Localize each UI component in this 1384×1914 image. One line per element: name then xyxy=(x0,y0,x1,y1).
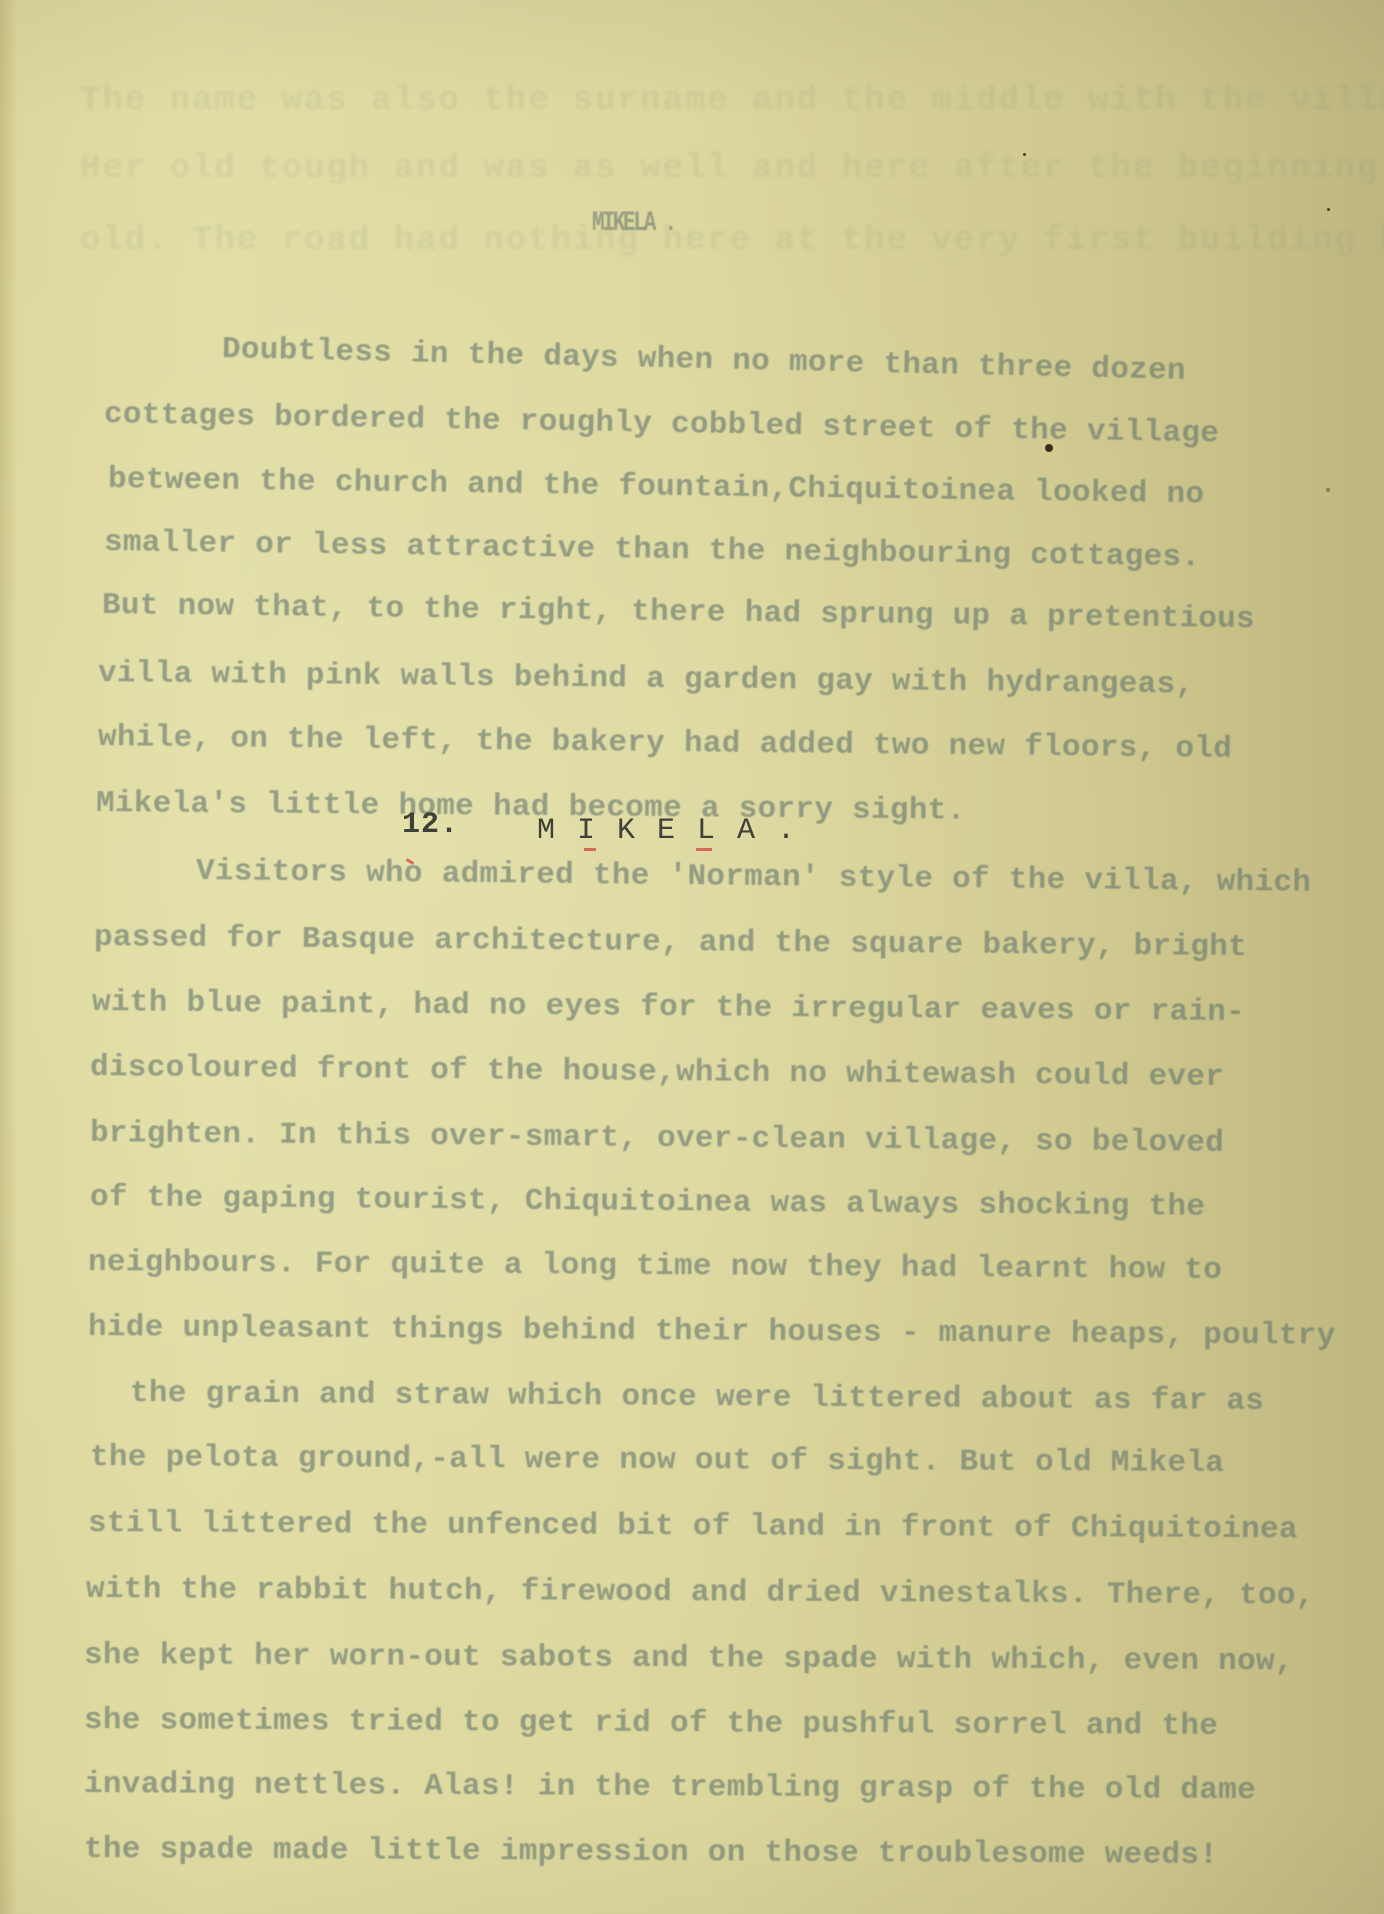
text-line: the spade made little impression on thos… xyxy=(84,1832,1218,1873)
text-line: hide unpleasant things behind their hous… xyxy=(88,1310,1336,1354)
chapter-title: MIKELA. xyxy=(537,814,817,848)
text-line: with the rabbit hutch, firewood and drie… xyxy=(86,1572,1315,1613)
text-line: she kept her worn-out sabots and the spa… xyxy=(84,1638,1294,1679)
red-ink-mark xyxy=(584,848,596,851)
text-line: invading nettles. Alas! in the trembling… xyxy=(84,1767,1256,1808)
text-line: of the gaping tourist, Chiquitoinea was … xyxy=(90,1180,1206,1225)
text-line: But now that, to the right, there had sp… xyxy=(102,588,1255,637)
text-line: brighten. In this over-smart, over-clean… xyxy=(90,1116,1224,1161)
text-line: cottages bordered the roughly cobbled st… xyxy=(104,397,1220,451)
text-line: Doubtless in the days when no more than … xyxy=(222,332,1187,389)
text-line: passed for Basque architecture, and the … xyxy=(94,920,1247,965)
text-line: Visitors who admired the 'Norman' style … xyxy=(196,854,1312,901)
ink-speck xyxy=(1326,488,1330,492)
typewritten-body: Doubtless in the days when no more than … xyxy=(0,0,1384,1914)
text-line: the grain and straw which once were litt… xyxy=(130,1376,1264,1419)
text-line: villa with pink walls behind a garden ga… xyxy=(98,656,1195,702)
text-line: she sometimes tried to get rid of the pu… xyxy=(84,1703,1218,1744)
text-line: the pelota ground,-all were now out of s… xyxy=(90,1440,1224,1481)
text-line: with blue paint, had no eyes for the irr… xyxy=(92,985,1245,1030)
text-line: while, on the left, the bakery had added… xyxy=(98,720,1232,767)
text-line: between the church and the fountain,Chiq… xyxy=(108,462,1205,512)
ink-speck xyxy=(1023,153,1026,156)
text-line: neighbours. For quite a long time now th… xyxy=(88,1245,1222,1288)
text-line: still littered the unfenced bit of land … xyxy=(88,1506,1298,1547)
ink-speck xyxy=(1327,208,1330,211)
text-line: discoloured front of the house,which no … xyxy=(90,1050,1224,1095)
chapter-number: 12. xyxy=(402,808,459,842)
text-line: smaller or less attractive than the neig… xyxy=(104,525,1201,575)
chapter-heading: 12.MIKELA. xyxy=(402,808,817,842)
ink-speck xyxy=(1045,444,1053,452)
red-ink-mark xyxy=(696,848,712,851)
